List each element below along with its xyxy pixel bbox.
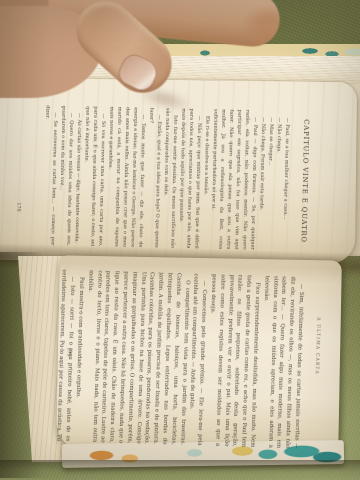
book-drop-shadow (0, 460, 360, 480)
top-page-paragraphs: — Paul, se a tua mulher chegar a casa…— … (40, 105, 291, 251)
bottom-page-paragraphs: — Sim, infelizmente de todas as cartas j… (54, 269, 305, 449)
page-number-178: 178 (15, 202, 20, 211)
chapter-heading: CAPÍTULO VINTE E QUATRO (300, 119, 311, 243)
top-page-text: CAPÍTULO VINTE E QUATRO — Paul, se a tua… (25, 105, 312, 251)
photo-of-open-book: CAPÍTULO VINTE E QUATRO — Paul, se a tua… (0, 0, 360, 480)
page-number-179: 179 (65, 347, 70, 356)
bottom-page-text: — Sim, infelizmente de todas as cartas j… (54, 269, 305, 449)
